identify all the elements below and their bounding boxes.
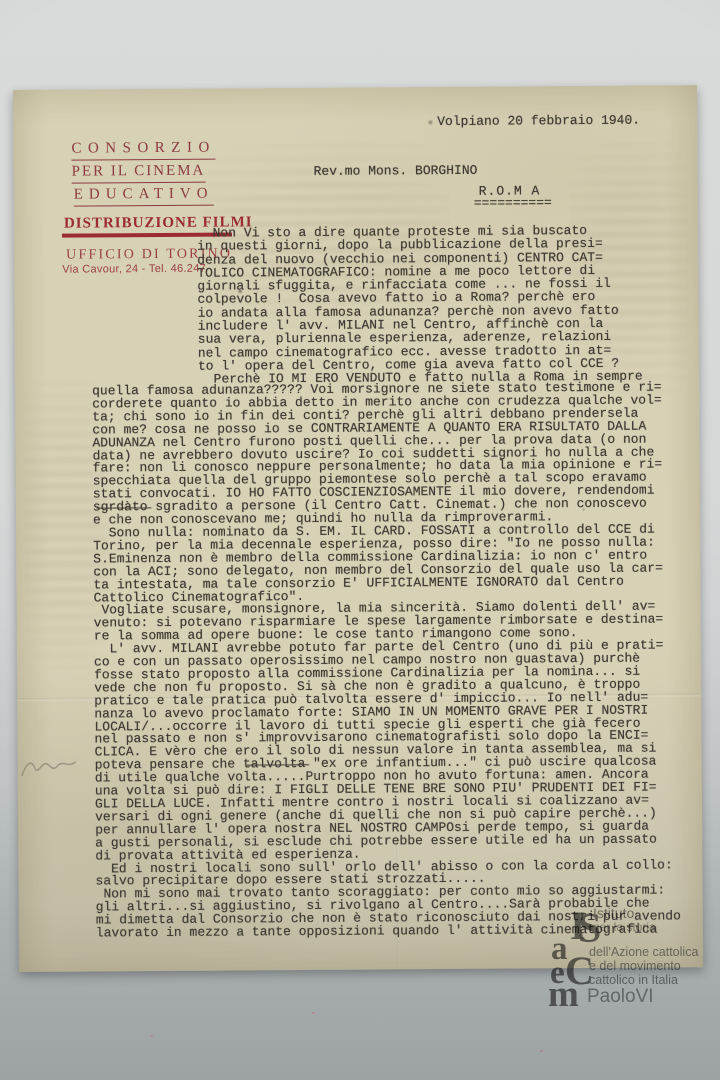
red-speck [312,1012,315,1014]
watermark-logo-letter-m: m [548,976,579,1013]
typed-line: lavorato in mezzo a tante opposizioni qu… [96,923,681,940]
watermark-name: PaoloVI [587,987,654,1006]
letterhead-line-1: CONSORZIO [71,140,215,161]
red-speck [150,1035,153,1037]
watermark-text-line: cattolico in Italia [589,974,678,987]
watermark-frame-line [546,1006,588,1008]
letter-body-column: Non Vi sto a dire quante proteste mi sia… [197,224,643,387]
pencil-mark [19,750,81,782]
letterhead-street-address: Via Cavour, 24 - Tel. 46.247 [62,263,206,276]
recipient-name: Rev.mo Mons. BORGHINO [314,163,478,179]
red-speck [540,1050,543,1052]
photo-background: CONSORZIO PER IL CINEMA EDUCATIVO DISTRI… [0,0,720,1080]
dateline: Volpiano 20 febbraio 1940. [437,113,640,129]
letterhead: CONSORZIO PER IL CINEMA EDUCATIVO DISTRI… [13,85,697,90]
recipient-city-underline: ========== [474,195,552,211]
letterhead-line-2: PER IL CINEMA [72,163,206,184]
letter-body-full: quella famosa adunanza????? Voi morsigno… [92,381,681,940]
letterhead-line-3: EDUCATIVO [74,186,214,207]
letter-paper: CONSORZIO PER IL CINEMA EDUCATIVO DISTRI… [13,85,703,972]
